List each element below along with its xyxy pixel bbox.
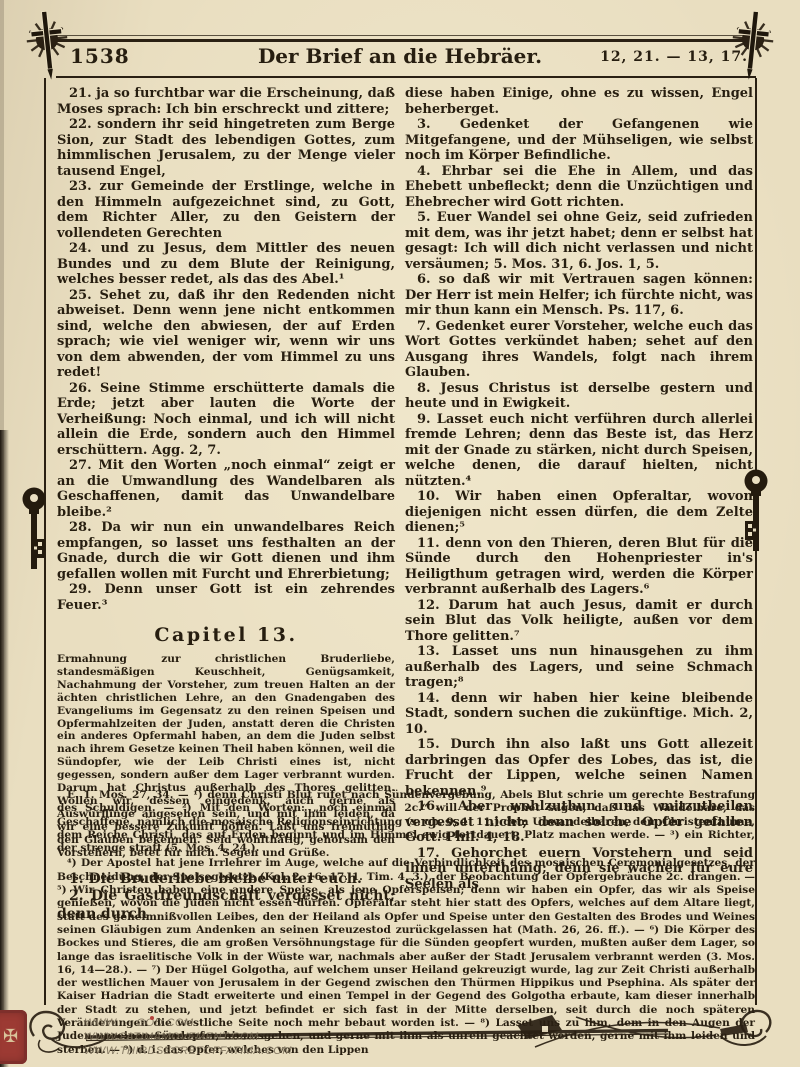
verse-21: 21. ja so furchtbar war die Erscheinung,… (57, 86, 395, 117)
verse-number: 24. (69, 241, 101, 256)
verse-22: 22. sondern ihr seid hingetreten zum Ber… (57, 117, 395, 179)
chapter13-right-verses: 3. Gedenket der Gefangenen wie Mitgefang… (405, 117, 753, 892)
verse-number: 23. (69, 179, 99, 194)
footnote-block: E. 1. Mos. 27, 34. — ¹) denn Christi Blu… (57, 789, 755, 855)
verse-9: 9. Lasset euch nicht verführen durch all… (405, 412, 753, 490)
verse-number: 14. (417, 691, 451, 706)
watermark-logo: ✠ (0, 1010, 27, 1064)
top-border-thin-rule (48, 35, 760, 36)
verse-2-continuation: diese haben Einige, ohne es zu wissen, E… (405, 86, 753, 117)
watermark: WWW.····GOD.COMWWW.FATIMAMOVEMENT.COMWWW… (84, 1016, 292, 1058)
verse-number: 15. (417, 737, 450, 752)
verse-3: 3. Gedenket der Gefangenen wie Mitgefang… (405, 117, 753, 164)
verse-13: 13. Lasset uns nun hinausgehen zu ihm au… (405, 644, 753, 691)
verse-number: 9. (417, 412, 437, 427)
cross-sunburst-icon (724, 5, 782, 89)
watermark-logo-glyph: ✠ (3, 1024, 19, 1050)
chapter12-verses: 21. ja so furchtbar war die Erscheinung,… (57, 86, 395, 613)
verse-14: 14. denn wir haben hier keine bleibende … (405, 691, 753, 738)
verse-number: 3. (417, 117, 460, 132)
top-border-thick-rule (44, 39, 764, 42)
verse-number: 29. (69, 582, 104, 597)
verse-27: 27. Mit den Worten „noch einmal“ zeigt e… (57, 458, 395, 520)
right-column: diese haben Einige, ohne es zu wissen, E… (405, 86, 753, 892)
verse-28: 28. Da wir nun ein unwandelbares Reich e… (57, 520, 395, 582)
verse-4: 4. Ehrbar sei die Ehe in Allem, und das … (405, 164, 753, 211)
verse-number: 6. (417, 272, 439, 287)
chapter-heading: Capitel 13. (57, 624, 395, 646)
verse-6: 6. so daß wir mit Vertrauen sagen können… (405, 272, 753, 319)
watermark-line: WWW.····GOD.COM (84, 1016, 292, 1030)
verse-26: 26. Seine Stimme erschütterte damals die… (57, 381, 395, 459)
watermark-line: WWW.THIRDSECRETOFFATIMA.COM (84, 1044, 292, 1058)
scan-edge-shadow (0, 430, 9, 1067)
header-bottom-rule (56, 76, 756, 78)
verse-5: 5. Euer Wandel sei ohne Geiz, seid zufri… (405, 210, 753, 272)
verse-12: 12. Darum hat auch Jesus, damit er durch… (405, 598, 753, 645)
verse-10: 10. Wir haben einen Opferaltar, wovon di… (405, 489, 753, 536)
verse-23: 23. zur Gemeinde der Erstlinge, welche i… (57, 179, 395, 241)
verse-number: 22. (69, 117, 97, 132)
verse-number: 10. (417, 489, 455, 504)
verse-25: 25. Sehet zu, daß ihr den Redenden nicht… (57, 288, 395, 381)
verse-number: 4. (417, 164, 442, 179)
watermark-line: WWW.FATIMAMOVEMENT.COM (84, 1030, 292, 1044)
scanned-bible-page: { "page": { "number": "1538", "title": "… (0, 0, 800, 1067)
verse-number: 8. (417, 381, 440, 396)
verse-number: 5. (417, 210, 437, 225)
verse-number: 12. (417, 598, 448, 613)
verse-number: 25. (69, 288, 99, 303)
verse-number: 13. (417, 644, 452, 659)
cross-sunburst-icon (18, 5, 76, 89)
ink-fleck (150, 1016, 154, 1020)
key-icon (21, 484, 48, 572)
verse-number: 27. (69, 458, 98, 473)
verse-7: 7. Gedenket eurer Vorsteher, welche euch… (405, 319, 753, 381)
verse-number: 28. (69, 520, 101, 535)
verse-11: 11. denn von den Thieren, deren Blut für… (405, 536, 753, 598)
verse-29: 29. Denn unser Gott ist ein zehrendes Fe… (57, 582, 395, 613)
verse-number: 7. (417, 319, 435, 334)
verse-8: 8. Jesus Christus ist derselbe gestern u… (405, 381, 753, 412)
verse-number: 21. (69, 86, 96, 101)
verse-number: 26. (69, 381, 100, 396)
verse-24: 24. und zu Jesus, dem Mittler des neuen … (57, 241, 395, 288)
verse-number: 11. (417, 536, 445, 551)
